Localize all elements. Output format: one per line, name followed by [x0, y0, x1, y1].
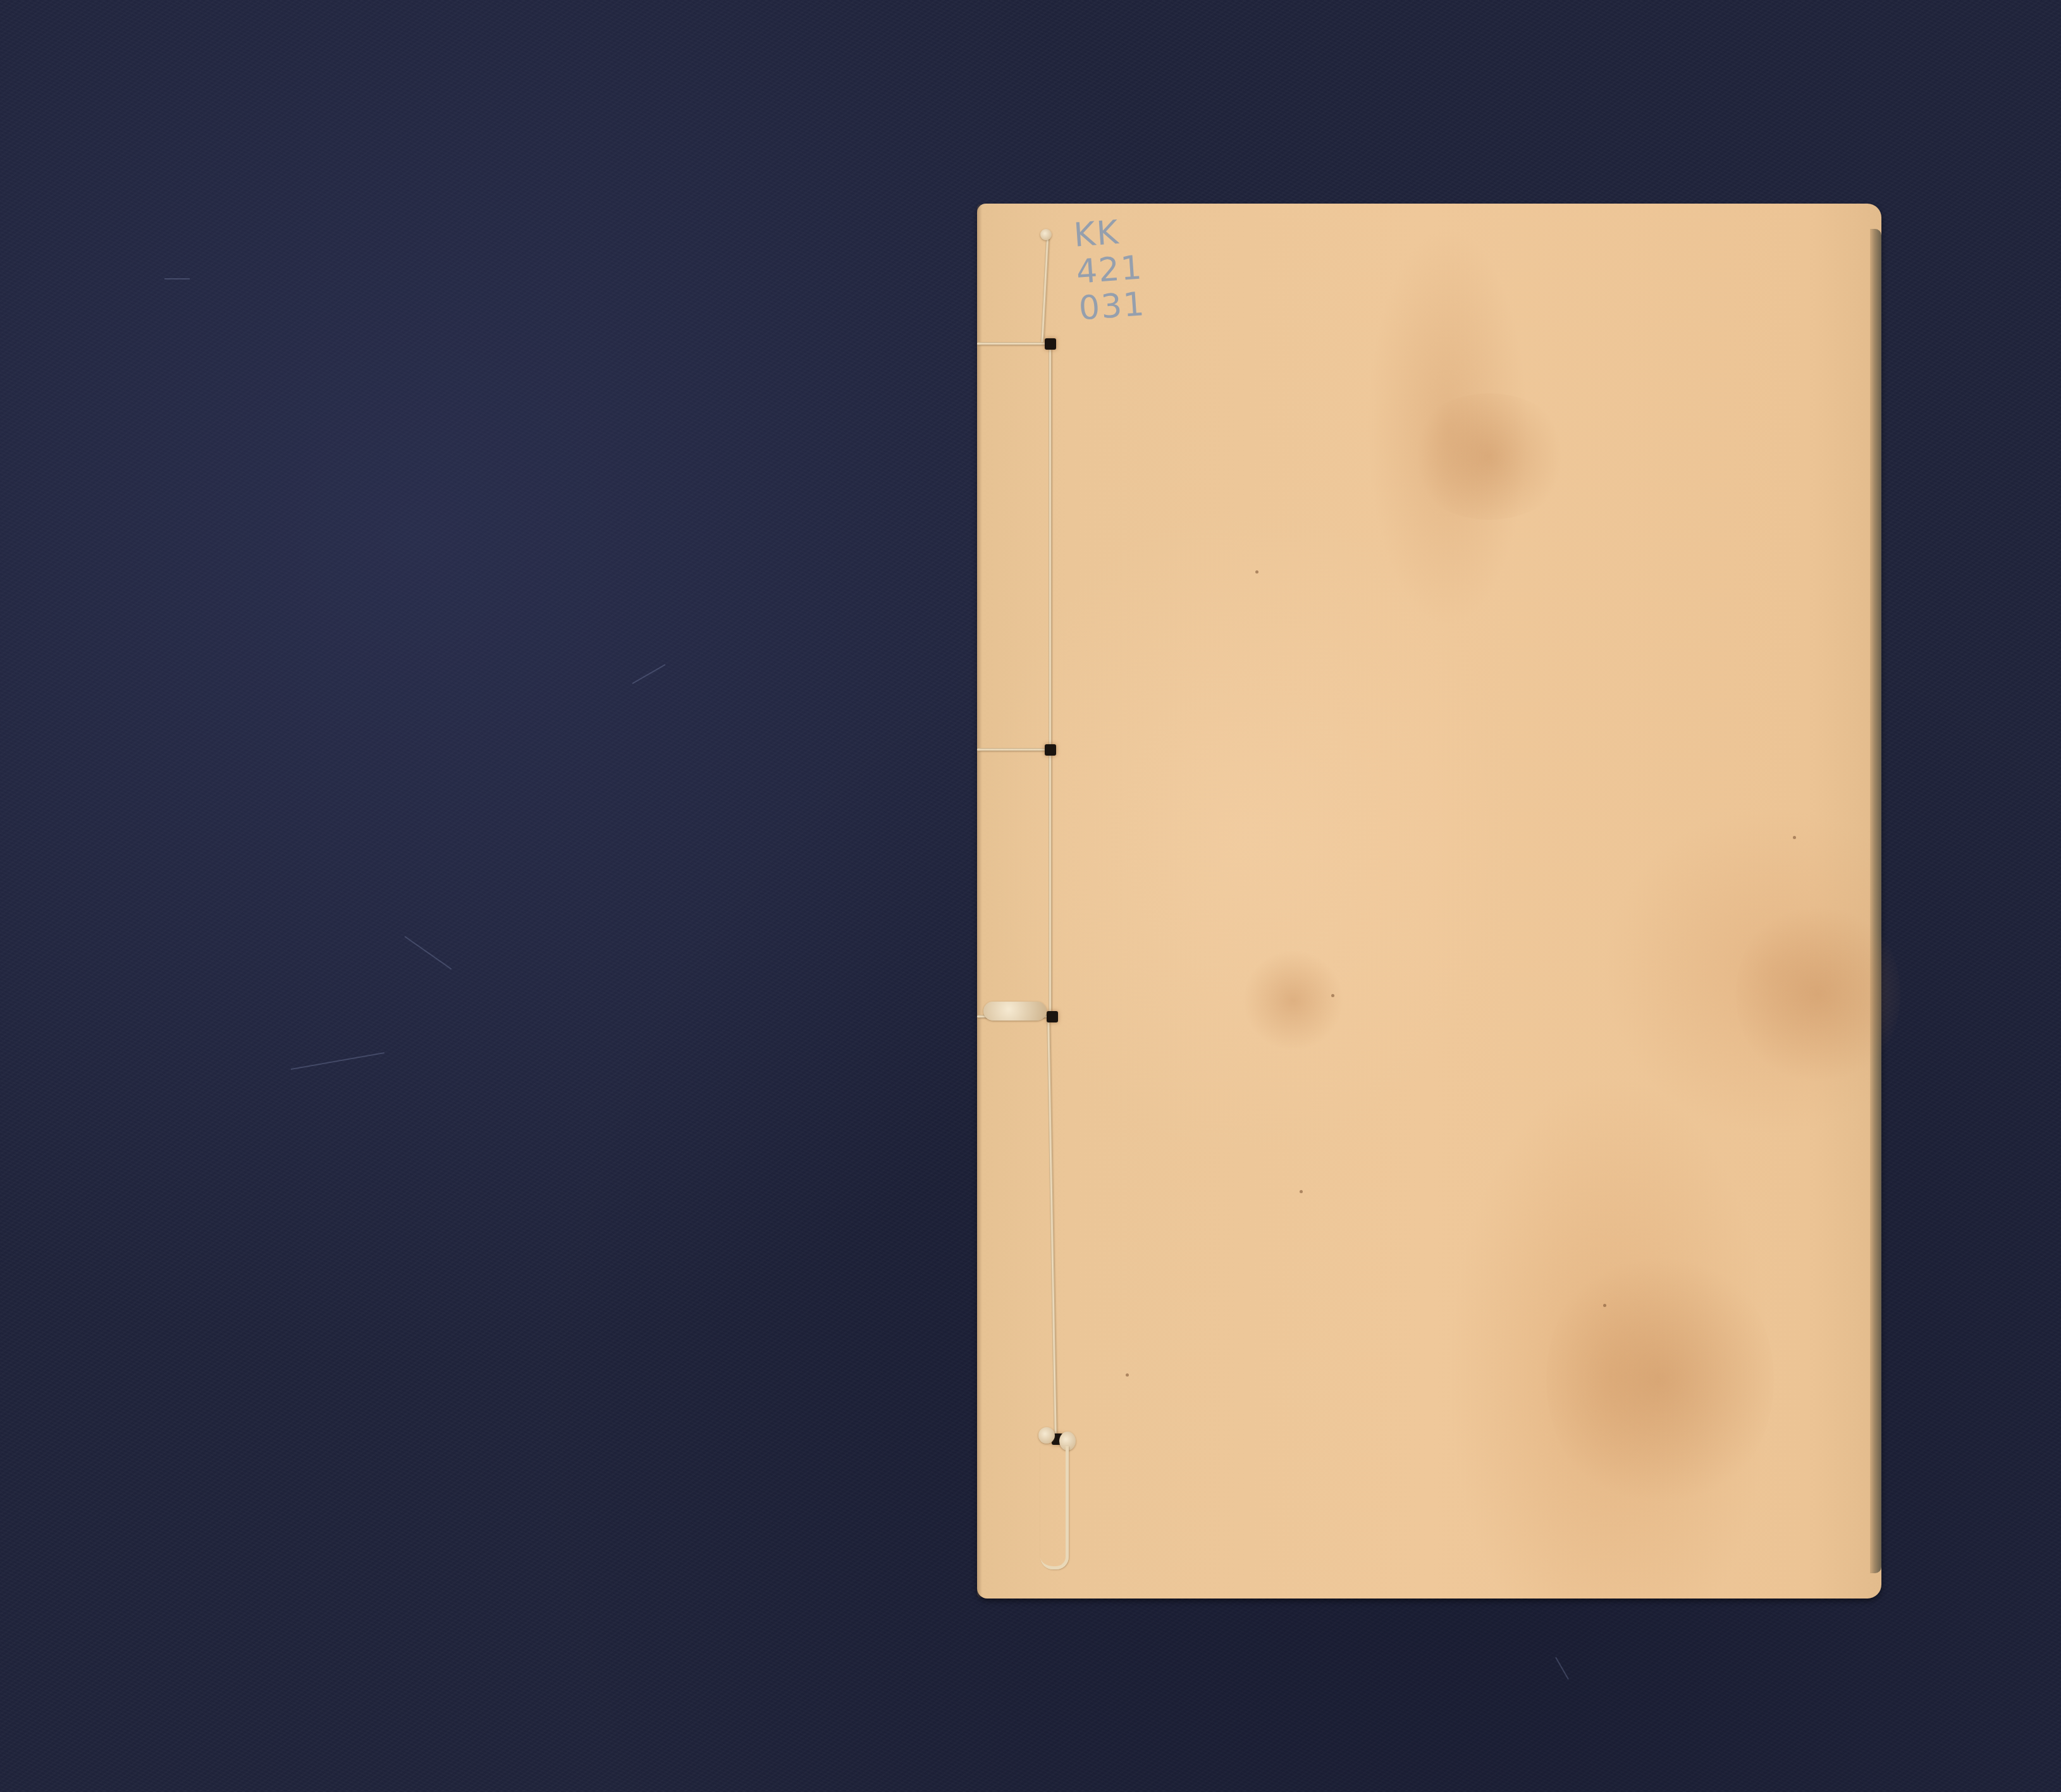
fore-edge: [1870, 229, 1881, 1573]
thread-bundle: [983, 1002, 1047, 1021]
call-number-line-1: KK: [1073, 214, 1141, 253]
thread-knot: [1040, 229, 1052, 240]
binding-thread-spine: [1049, 752, 1052, 1017]
speck: [1793, 836, 1796, 839]
thread-knot: [1038, 1427, 1055, 1444]
speck: [1300, 1190, 1303, 1193]
stain: [1736, 899, 1900, 1089]
binding-thread-spine: [1047, 1019, 1057, 1437]
stitch-hole: [1045, 744, 1056, 756]
background-fiber: [291, 1052, 385, 1070]
background-fiber: [1555, 1657, 1569, 1680]
speck: [1255, 570, 1258, 574]
speck: [1126, 1373, 1129, 1377]
binding-thread-bottom-loop: [1040, 1446, 1069, 1569]
stain: [1243, 950, 1344, 1051]
speck: [1331, 994, 1334, 997]
speck: [1603, 1304, 1606, 1307]
call-number-label: KK 421 031: [1073, 214, 1147, 326]
stain: [1407, 393, 1572, 520]
book-cover: KK 421 031: [977, 204, 1881, 1599]
stitch-hole: [1045, 338, 1056, 350]
stitch-hole: [1047, 1011, 1058, 1022]
stain: [1546, 1247, 1774, 1513]
background-fiber: [164, 278, 190, 279]
spine-edge: [977, 204, 982, 1599]
binding-thread-cross: [977, 342, 1052, 345]
background-fiber: [404, 936, 452, 969]
call-number-line-2: 421: [1075, 250, 1144, 289]
background-fiber: [632, 664, 666, 684]
call-number-line-3: 031: [1078, 287, 1147, 326]
binding-thread-spine: [1049, 346, 1052, 751]
binding-thread-top-loop: [1040, 232, 1049, 343]
binding-thread-cross: [977, 748, 1052, 751]
